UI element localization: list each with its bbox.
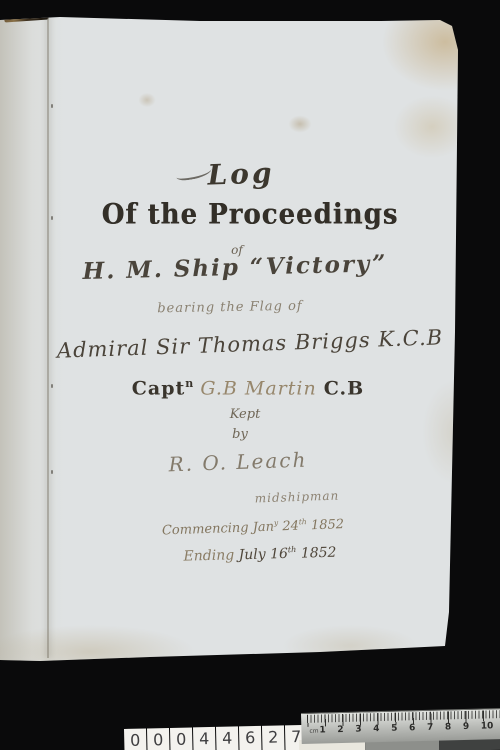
ending-day: 16 [265,546,288,563]
pen-flourish [175,164,212,181]
captain-line: Captn G.B Martin C.B [39,377,457,399]
accession-number: 0 0 0 4 4 6 2 7 [124,725,308,750]
accession-digit: 0 [147,728,170,750]
photograph-background: Log Of the Proceedings of H. M. Ship “Vi… [0,0,500,750]
ruler-number: 5 [391,724,398,734]
by-word: by [31,427,449,442]
captain-postnominal: C.B [324,377,364,399]
keeper-role: midshipman [88,483,500,512]
ruler-number: 9 [463,722,470,732]
captain-name: G.B Martin [193,377,323,399]
captain-rank: Capt [132,377,186,399]
log-title: Log [16,151,435,199]
ending-label: Ending [183,547,239,564]
commencing-day: 24 [278,519,299,535]
ruler-number: 4 [373,724,380,734]
commencing-label: Commencing [162,520,253,538]
accession-digit: 4 [193,727,216,750]
ruler-number: 2 [337,725,344,735]
ruler-number: 1 [319,725,326,735]
title-page-text: Log Of the Proceedings of H. M. Ship “Vi… [40,12,458,662]
kept-word: Kept [36,407,454,422]
ending-year: 1852 [296,545,336,562]
ruler-number: 8 [445,722,452,732]
ruler-unit-label: cm [309,728,318,735]
accession-digit: 6 [239,726,262,750]
logbook-page: Log Of the Proceedings of H. M. Ship “Vi… [0,12,458,662]
accession-digit: 0 [124,729,147,750]
commencing-month: Jan [252,520,274,536]
keeper-name: R. O. Leach [29,443,448,482]
proceedings-line: Of the Proceedings [41,199,459,231]
commencing-date-line: Commencing Jany 24th 1852 [44,512,462,543]
accession-digit: 2 [262,725,285,750]
ruler-number: 10 [481,721,494,731]
ruler-number: 3 [355,725,362,735]
ruler-number: 7 [427,723,434,733]
ruler-number: 6 [409,723,416,733]
accession-digit: 4 [216,726,239,750]
commencing-year: 1852 [307,517,345,533]
ruler: cm 1 2 3 4 5 6 7 8 9 10 [301,708,500,744]
bearing-flag-line: bearing the Flag of [21,296,439,318]
log-title-text: Log [207,156,275,191]
accession-digit: 0 [170,727,193,750]
ending-month: July [238,547,265,564]
admiral-line: Admiral Sir Thomas Briggs K.C.B [41,325,460,364]
ending-date-line: Ending July 16th 1852 [51,540,469,569]
